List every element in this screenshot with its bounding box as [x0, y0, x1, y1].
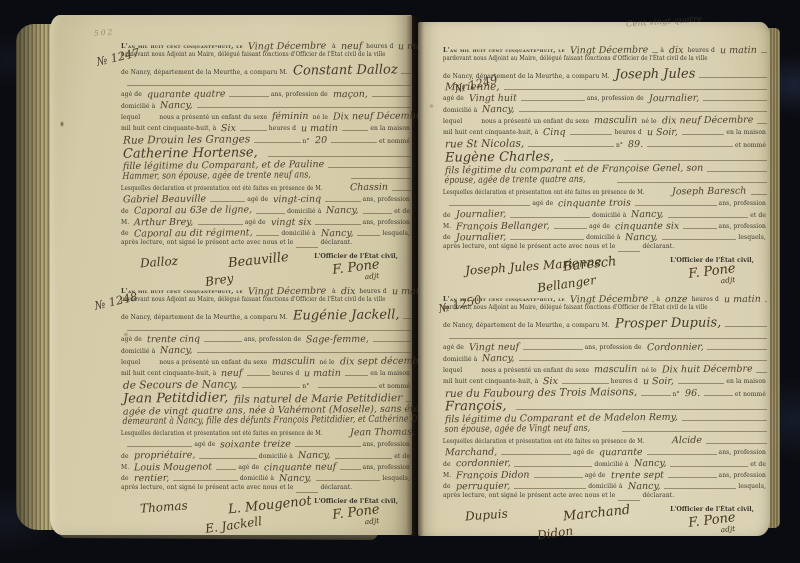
- rule-line: [328, 166, 411, 168]
- printed-hours: heures d: [271, 370, 301, 377]
- signature-area: Dupuis Marchand Didon L'Officier de l'Ét…: [442, 506, 768, 544]
- printed-age: agé de: [531, 200, 555, 207]
- signature-area: Joseph Jules Marienne Baresch Bellanger …: [442, 257, 768, 295]
- rule-line: [127, 445, 192, 447]
- printed-m: M.: [442, 472, 453, 479]
- hw-witness2-profession: rentier,: [131, 473, 172, 484]
- hw-witness1-name-2: Marchand,: [442, 446, 500, 458]
- printed-declarant: déclarant.: [641, 243, 676, 250]
- rule-line: [198, 223, 243, 225]
- hw-declaration-hour: neuf: [338, 40, 365, 51]
- record-body: L'an mil huit cent cinquante-huit, le Vi…: [120, 40, 412, 291]
- line-witness2: M. François Didon agé de trente sept ans…: [442, 469, 768, 480]
- line-birth-hour: mil huit cent cinquante-huit, à Cinq heu…: [442, 126, 768, 137]
- printed-m: M.: [120, 219, 131, 226]
- printed-age: agé de: [572, 449, 596, 456]
- line-opening: L'an mil huit cent cinquante-huit, le Vi…: [120, 40, 412, 51]
- signature-witness-2: Didon: [536, 524, 574, 543]
- hw-witness1-name: Alcide: [669, 435, 705, 446]
- record-body: L'an mil huit cent cinquante-huit, le Vi…: [442, 44, 768, 295]
- hw-birth-date: Dix huit Décembre: [659, 364, 756, 376]
- hw-declaration-date: Vingt Décembre: [567, 293, 651, 305]
- line-comparant: de Nancy, département de la Meurthe, a c…: [442, 316, 768, 330]
- line-filiation-2: Hammer, son épouse, agée de trente neuf …: [120, 171, 412, 182]
- rule-line: [204, 340, 242, 342]
- printed-profession: ans, profession: [362, 464, 412, 471]
- birth-record-1250: № 1250 L'an mil huit cent cinquante-huit…: [424, 293, 768, 544]
- printed-numero: n°: [672, 391, 682, 398]
- rule-line: [216, 468, 236, 470]
- rule-line: [510, 216, 590, 218]
- printed-hours: heures d: [691, 296, 721, 303]
- line-witness1-age: agé de soixante treize ans, profession: [120, 438, 412, 449]
- line-witnesses-intro: Lesquelles déclaration et présentation o…: [442, 186, 768, 197]
- printed-domicile: domicilié à: [120, 103, 157, 110]
- printed-lesquels: lesquels,: [737, 483, 768, 490]
- rule-line: [570, 133, 613, 135]
- pencil-note-left: 502: [94, 27, 115, 38]
- hw-witness2-name: Arthur Brey,: [131, 216, 196, 228]
- hw-witness2-profession: perruquier,: [453, 481, 513, 493]
- line-age-profession: agé de quarante quatre ans, profession d…: [120, 88, 412, 99]
- hw-comparant-domicile: Nancy,: [479, 104, 518, 115]
- rule-line: [316, 479, 381, 481]
- line-address: de Secours de Nancy, n° et nommé: [120, 379, 412, 390]
- hw-declaration-hour: onze: [662, 293, 691, 304]
- register-book: № 1247 L'an mil huit cent cinquante-huit…: [0, 0, 800, 563]
- rule-line: [756, 371, 767, 373]
- printed-hours: heures d: [687, 47, 717, 54]
- hw-declaration-date: Vingt Décembre: [245, 285, 329, 297]
- rule-line: [501, 453, 571, 455]
- line-birth-hour: mil huit cent cinquante-huit, à Six heur…: [120, 122, 412, 133]
- birth-record-1249: № 1249 L'an mil huit cent cinquante-huit…: [424, 44, 768, 295]
- hw-witness2-domicile: Nancy,: [622, 232, 661, 243]
- printed-mil-huit: mil huit cent cinquante-huit, à: [120, 125, 218, 132]
- printed-mil-huit: mil huit cent cinquante-huit, à: [442, 378, 540, 385]
- rule-line: [707, 170, 767, 172]
- printed-lequel: lequel: [442, 367, 464, 374]
- printed-lesquelles: Lesquelles déclaration et présentation o…: [442, 189, 646, 196]
- paper-stain: [429, 104, 434, 108]
- signature-area: Thomas L. Mougenot E. Jackell L'Officier…: [120, 498, 412, 536]
- printed-declarant: déclarant.: [319, 239, 354, 246]
- line-pardevant: pardevant nous Adjoint au Maire, délégué…: [442, 304, 768, 315]
- rule-line: [641, 394, 670, 396]
- rule-line: [699, 76, 767, 78]
- hw-comparant-age: trente cinq: [144, 333, 203, 345]
- line-filiation-1: fils légitime du Comparant et de Madelon…: [442, 412, 768, 423]
- rule-line: [199, 457, 257, 459]
- rule-line: [345, 374, 368, 376]
- printed-comparu: de Nancy, département de la Meurthe, a c…: [120, 69, 290, 76]
- rule-line: [668, 216, 748, 218]
- hw-witness1-domicile: Nancy,: [295, 450, 334, 461]
- signature-witness-1: Marchand: [562, 503, 631, 525]
- line-witness1-prof: de propriétaire, domicilié à Nancy, et d…: [120, 450, 412, 461]
- printed-profession: ans, profession: [362, 219, 412, 226]
- line-domicile: domicilié à Nancy,: [442, 104, 768, 115]
- printed-domicile: domicilié à: [442, 356, 479, 363]
- line-enfant: lequel nous a présenté un enfant du sexe…: [120, 111, 412, 122]
- hw-comparant-domicile: Nancy,: [479, 353, 518, 364]
- rule-line: [622, 430, 767, 432]
- line-birth-hour: mil huit cent cinquante-huit, à neuf heu…: [120, 367, 412, 378]
- line-filiation-2: son épouse, agée de Vingt neuf ans,: [442, 424, 768, 435]
- hw-child-sex: masculin: [591, 364, 640, 376]
- printed-presente: nous a présenté un enfant du sexe: [480, 367, 591, 374]
- hw-witness2-age: cinquante six: [612, 220, 682, 232]
- rule-line: [761, 51, 767, 53]
- printed-lequel: lequel: [120, 114, 142, 121]
- printed-de: de: [120, 475, 131, 482]
- printed-de: de: [442, 483, 453, 490]
- hw-comparant-name: Constant Dalloz: [290, 63, 401, 79]
- rule-line: [618, 250, 640, 252]
- record-body: L'an mil huit cent cinquante-huit, le Vi…: [120, 285, 412, 536]
- printed-profession: ans, profession: [718, 449, 768, 456]
- hw-comparant-profession: maçon,: [330, 88, 371, 99]
- officer-block: L'Officier de l'État civil, F. Pone adjt: [300, 498, 412, 527]
- rule-line: [617, 181, 767, 183]
- printed-age: agé de: [588, 223, 612, 230]
- hw-comparant-age: Vingt huit: [466, 92, 520, 104]
- printed-profession: ans, profession: [362, 196, 412, 203]
- printed-lesquelles: Lesquelles déclaration et présentation o…: [442, 438, 646, 445]
- printed-ne-le: né le: [312, 114, 330, 121]
- line-comparant-2: [442, 330, 768, 341]
- line-opening: L'an mil huit cent cinquante-huit, le Vi…: [442, 44, 768, 55]
- printed-age: agé de: [193, 441, 217, 448]
- printed-lesquels: lesquels,: [737, 234, 768, 241]
- rule-line: [683, 227, 716, 229]
- line-lecture: après lecture, ont signé le présent acte…: [442, 243, 768, 254]
- rule-line: [296, 491, 318, 493]
- line-comparant-2: Marienne,: [442, 81, 768, 92]
- rule-line: [564, 159, 767, 161]
- line-age-profession: agé de trente cinq ans, profession de Sa…: [120, 333, 412, 344]
- rule-line: [127, 84, 411, 86]
- hw-filiation-2: Hammer, son épouse, agée de trente neuf …: [120, 169, 314, 182]
- rule-line: [706, 442, 767, 444]
- rule-line: [751, 193, 767, 195]
- printed-et-de: et de: [749, 461, 768, 468]
- line-enfant: lequel nous a présenté un enfant du sexe…: [442, 364, 768, 375]
- rule-line: [331, 141, 377, 143]
- hw-witness2-name: Louis Mougenot: [131, 461, 215, 473]
- hw-witness2-domicile: Nancy,: [318, 228, 357, 239]
- line-age-profession: agé de Vingt huit ans, profession de Jou…: [442, 92, 768, 103]
- hw-witness1-profession: Caporal au 63e de ligne,: [131, 205, 255, 217]
- printed-profession: ans, profession de: [243, 336, 303, 343]
- rule-line: [351, 177, 411, 179]
- birth-record-1247: № 1247 L'an mil huit cent cinquante-huit…: [96, 40, 412, 291]
- printed-profession: ans, profession: [362, 441, 412, 448]
- printed-lecture: après lecture, ont signé le présent acte…: [120, 484, 295, 491]
- hw-witness2-age: cinquante neuf: [261, 461, 339, 473]
- line-lecture: après lecture, ont signé le présent acte…: [120, 239, 412, 250]
- paper-stain: [123, 332, 129, 337]
- hw-declaration-period: u matin: [721, 293, 764, 304]
- line-witness2-prof: de perruquier, domicilié à Nancy, lesque…: [442, 480, 768, 491]
- line-witness1-age: Gabriel Beauville agé de vingt-cinq ans,…: [120, 193, 412, 204]
- rule-line: [652, 300, 654, 302]
- printed-profession: ans, profession: [718, 200, 768, 207]
- rule-line: [268, 155, 411, 157]
- printed-ne-le: né le: [640, 118, 658, 125]
- printed-lesquelles: Lesquelles déclaration et présentation o…: [120, 185, 324, 192]
- printed-hours: heures d: [358, 288, 388, 295]
- printed-m: M.: [120, 464, 131, 471]
- line-comparant: de Nancy, département de la Meurthe, a c…: [120, 63, 412, 77]
- printed-et-nomme: et nommé: [734, 142, 768, 149]
- printed-hours: heures d: [613, 129, 643, 136]
- rule-line: [363, 212, 392, 214]
- line-address: rue du Faubourg des Trois Maisons, n° 96…: [442, 387, 768, 398]
- hw-declaration-date: Vingt Décembre: [567, 44, 651, 56]
- printed-de: de: [120, 230, 131, 237]
- hw-witness1-age: vingt-cinq: [270, 194, 324, 206]
- rule-line: [510, 238, 584, 240]
- rule-line: [229, 95, 268, 97]
- hw-child-sex: féminin: [269, 111, 312, 122]
- rule-line: [340, 468, 360, 470]
- hw-birth-address: rue St Nicolas,: [442, 138, 527, 151]
- rule-line: [757, 122, 767, 124]
- line-witness1-prof: de cordonnier, domicilié à Nancy, et de: [442, 458, 768, 469]
- rule-line: [335, 457, 393, 459]
- hw-comparant-name: Prosper Dupuis,: [612, 316, 724, 332]
- line-witness1-prof: de Journalier, domicilié à Nancy, et de: [442, 209, 768, 220]
- rule-line: [703, 99, 767, 101]
- hw-birth-hour: Six: [218, 123, 239, 134]
- line-witness2-prof: de Journalier, domicilié à Nancy, lesque…: [442, 231, 768, 242]
- printed-hours: heures d: [268, 125, 298, 132]
- line-child-name: Catherine Hortense,: [120, 145, 412, 159]
- printed-et-nomme: et nommé: [734, 391, 768, 398]
- printed-m: M.: [442, 223, 453, 230]
- printed-domicile: domicilié à: [258, 453, 295, 460]
- rule-line: [523, 348, 583, 350]
- printed-domicile: domicilié à: [442, 107, 479, 114]
- line-witness2: M. François Bellanger, agé de cinquante …: [442, 220, 768, 231]
- printed-de: de: [442, 461, 453, 468]
- rule-line: [528, 145, 614, 147]
- printed-age: agé de: [442, 344, 466, 351]
- line-address: rue St Nicolas, n° 89. et nommé: [442, 138, 768, 149]
- printed-at: à: [331, 43, 338, 50]
- rule-line: [127, 329, 411, 331]
- hw-witness1-domicile: Nancy,: [628, 209, 667, 220]
- hw-witness1-age: quarante: [596, 447, 646, 459]
- hw-witness2-domicile: Nancy,: [276, 473, 315, 484]
- printed-profession: ans, profession: [718, 472, 768, 479]
- signature-witness-2: Bellanger: [536, 273, 596, 295]
- printed-numero: n°: [615, 142, 625, 149]
- rule-line: [519, 110, 767, 112]
- line-pardevant: pardevant nous Adjoint au Maire, délégué…: [442, 55, 768, 66]
- line-witnesses-intro: Lesquelles déclaration et présentation o…: [120, 182, 412, 193]
- hw-filiation-2: épouse, agée de trente quatre ans,: [442, 174, 588, 186]
- rule-line: [325, 200, 360, 202]
- hw-witness1-name: Joseph Baresch: [669, 186, 749, 198]
- printed-age: agé de: [584, 472, 608, 479]
- printed-profession: ans, profession: [718, 223, 768, 230]
- hw-house-number: 20: [312, 135, 330, 146]
- signature-declarant: Dalloz: [140, 254, 179, 271]
- rule-line: [256, 234, 279, 236]
- hw-declaration-period: u matin: [717, 44, 760, 55]
- line-pardevant: pardevant nous Adjoint au Maire, délégué…: [120, 296, 412, 307]
- rule-line: [647, 145, 733, 147]
- printed-de: de: [120, 208, 131, 215]
- hw-witness1-profession: Journalier,: [453, 209, 509, 221]
- hw-child-name: Eugène Charles,: [442, 149, 557, 165]
- line-witnesses-intro: Lesquelles déclaration et présentation o…: [120, 427, 412, 438]
- hw-witness2-age: vingt six: [268, 216, 315, 227]
- officer-block: L'Officier de l'État civil, F. Pone adjt: [656, 506, 768, 535]
- printed-domicile: domicilié à: [591, 212, 628, 219]
- hw-comparant-name-2: Marienne,: [442, 81, 503, 94]
- line-witness2: M. Louis Mougenot agé de cinquante neuf …: [120, 461, 412, 472]
- printed-et-de: et de: [749, 212, 768, 219]
- hw-declaration-hour: dix: [338, 285, 359, 296]
- printed-age: agé de: [442, 95, 466, 102]
- hw-witness1-age: cinquante trois: [555, 197, 634, 209]
- rule-line: [765, 300, 767, 302]
- hw-witness1-profession: cordonnier,: [453, 458, 514, 470]
- printed-de: de: [442, 234, 453, 241]
- printed-comparu: de Nancy, département de la Meurthe, a c…: [120, 314, 290, 321]
- rule-line: [197, 106, 411, 108]
- rule-line: [256, 212, 285, 214]
- rule-line: [296, 246, 318, 248]
- line-filiation-1: fils légitime du comparant et de Françoi…: [442, 163, 768, 174]
- hw-birth-hour: Cinq: [540, 127, 569, 138]
- line-enfant: lequel nous a présenté un enfant du sexe…: [442, 115, 768, 126]
- record-body: L'an mil huit cent cinquante-huit, le Vi…: [442, 293, 768, 544]
- printed-domicile: domicilié à: [587, 483, 624, 490]
- rule-line: [449, 337, 767, 339]
- hw-comparant-domicile: Nancy,: [157, 345, 196, 356]
- rule-line: [635, 204, 716, 206]
- line-witness2: M. Arthur Brey, agé de vingt six ans, pr…: [120, 216, 412, 227]
- rule-line: [318, 386, 377, 388]
- hw-birth-period: u Soir,: [644, 127, 681, 138]
- printed-domicile: domicilié à: [120, 348, 157, 355]
- line-domicile: domicilié à Nancy,: [442, 353, 768, 364]
- line-witnesses-intro: Lesquelles déclaration et présentation o…: [442, 435, 768, 446]
- line-opening: L'an mil huit cent cinquante-huit, le Vi…: [120, 285, 412, 296]
- rule-line: [562, 382, 608, 384]
- rule-line: [521, 99, 585, 101]
- hw-witness2-domicile: Nancy,: [624, 481, 663, 492]
- hw-birth-hour: Six: [540, 376, 561, 387]
- printed-age: agé de: [244, 219, 268, 226]
- rule-line: [449, 204, 530, 206]
- rule-line: [618, 499, 640, 501]
- line-child-name: François,: [442, 398, 768, 412]
- rule-line: [247, 374, 270, 376]
- hw-comparant-age: Vingt neuf: [466, 341, 522, 353]
- line-comparant: de Nancy, département de la Meurthe, a c…: [120, 308, 412, 322]
- printed-opening: L'an mil huit cent cinquante-huit, le: [442, 47, 567, 54]
- hw-comparant-profession: Journalier,: [646, 92, 702, 104]
- line-witness2-prof: de rentier, domicilié à Nancy, lesquels,: [120, 472, 412, 483]
- rule-line: [210, 200, 245, 202]
- hw-comparant-age: quarante quatre: [144, 88, 229, 100]
- rule-line: [652, 51, 658, 53]
- printed-lecture: après lecture, ont signé le présent acte…: [442, 243, 617, 250]
- rule-line: [295, 445, 360, 447]
- hw-comparant-name: Eugénie Jackell,: [290, 308, 403, 324]
- hw-child-sex: masculin: [591, 115, 640, 127]
- line-child-name: Eugène Charles,: [442, 149, 768, 163]
- hw-comparant-profession: Sage-femme,: [303, 333, 372, 345]
- printed-profession: ans, profession de: [584, 344, 644, 351]
- hw-comparant-profession: Cordonnier,: [644, 341, 707, 353]
- hw-witness1-name-2: Gabriel Beauville: [120, 193, 209, 205]
- printed-de: de: [442, 212, 453, 219]
- printed-maison: en la maison: [725, 129, 768, 136]
- printed-ne-le: né le: [318, 359, 336, 366]
- line-comparant-2: [120, 77, 412, 88]
- hw-child-name: Jean Petitdidier,: [120, 390, 231, 406]
- right-page: № 1249 L'an mil huit cent cinquante-huit…: [418, 22, 770, 536]
- hw-witness2-name: François Bellanger,: [453, 220, 553, 232]
- printed-age: agé de: [120, 91, 144, 98]
- line-witness2-prof: de Caporal au dit régiment, domicilié à …: [120, 227, 412, 238]
- printed-age: agé de: [237, 464, 261, 471]
- line-witness1-prof: de Caporal au 63e de ligne, domicilié à …: [120, 205, 412, 216]
- printed-domicile: domicilié à: [239, 475, 276, 482]
- rule-line: [514, 487, 586, 489]
- line-age-profession: agé de Vingt neuf ans, profession de Cor…: [442, 341, 768, 352]
- hw-witness1-domicile: Nancy,: [323, 205, 362, 216]
- signature-witness-2: E. Jackell: [204, 514, 263, 536]
- printed-pardevant: pardevant nous Adjoint au Maire, délégué…: [442, 55, 709, 62]
- hw-witness2-name: François Didon: [453, 469, 533, 481]
- printed-numero: n°: [301, 383, 311, 390]
- hw-witness1-name: Chassin: [347, 182, 391, 193]
- book-gutter: [406, 16, 424, 536]
- line-witness1-age: Marchand, agé de quarante ans, professio…: [442, 446, 768, 457]
- hw-witness2-age: trente sept: [608, 469, 667, 481]
- hw-birth-period: u Soir,: [640, 376, 677, 387]
- line-lecture: après lecture, ont signé le présent acte…: [120, 484, 412, 495]
- rule-line: [342, 129, 368, 131]
- rule-line: [707, 348, 767, 350]
- rule-line: [668, 476, 717, 478]
- rule-line: [664, 487, 736, 489]
- paper-stain: [60, 121, 64, 127]
- rule-line: [725, 325, 767, 327]
- printed-lesquelles: Lesquelles déclaration et présentation o…: [120, 430, 324, 437]
- printed-declarant: déclarant.: [319, 484, 354, 491]
- hw-comparant-name: Joseph Jules: [612, 67, 698, 83]
- printed-age: agé de: [120, 336, 144, 343]
- hw-birth-date: dix neuf Décembre: [659, 115, 756, 127]
- rule-line: [670, 465, 748, 467]
- hw-witness1-age: soixante treize: [217, 438, 294, 450]
- left-page: № 1247 L'an mil huit cent cinquante-huit…: [50, 15, 412, 535]
- line-birth-hour: mil huit cent cinquante-huit, à Six heur…: [442, 375, 768, 386]
- rule-line: [197, 351, 411, 353]
- signature-declarant: Thomas: [140, 499, 189, 516]
- printed-lequel: lequel: [442, 118, 464, 125]
- printed-mil-huit: mil huit cent cinquante-huit, à: [120, 370, 218, 377]
- printed-de: de: [120, 453, 131, 460]
